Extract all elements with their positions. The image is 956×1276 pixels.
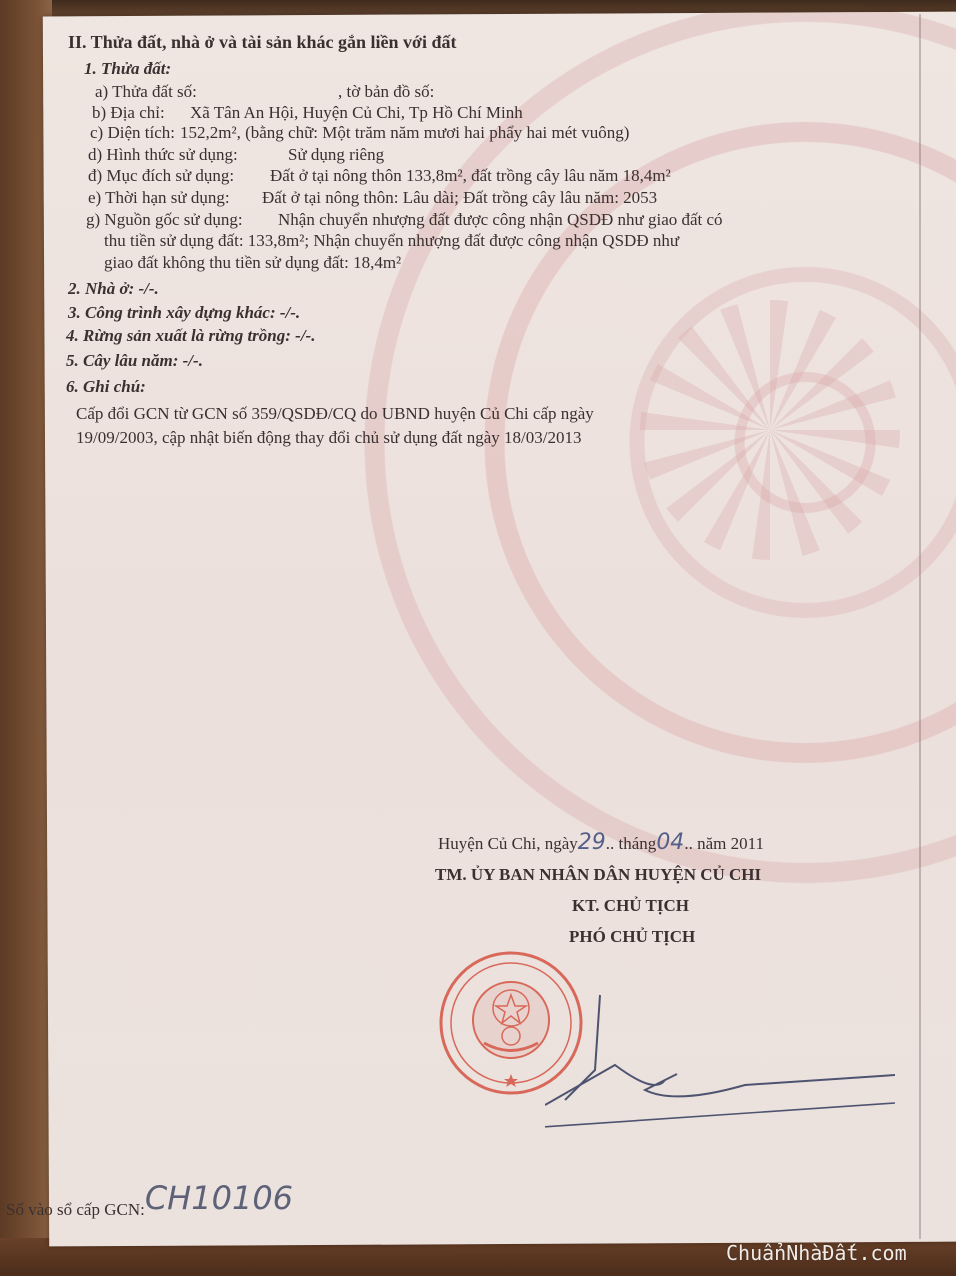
registry-value: CH10106: [145, 1179, 293, 1217]
signature-icon: [545, 985, 895, 1135]
notes-line-2: 19/09/2003, cập nhật biến động thay đổi …: [76, 429, 581, 446]
area-label: c) Diện tích:: [90, 124, 175, 141]
role-vice-chairman: PHÓ CHỦ TỊCH: [569, 928, 695, 945]
other-construction-item: 3. Công trình xây dựng khác: -/-.: [68, 304, 300, 321]
notes-heading: 6. Ghi chú:: [66, 378, 146, 395]
authority-title: TM. ỦY BAN NHÂN DÂN HUYỆN CỦ CHI: [435, 866, 761, 883]
role-chairman: KT. CHỦ TỊCH: [572, 897, 689, 914]
term-label: e) Thời hạn sử dụng:: [88, 189, 230, 206]
origin-line-2: thu tiền sử dụng đất: 133,8m²; Nhận chuy…: [104, 232, 679, 249]
origin-label: g) Nguồn gốc sử dụng:: [86, 211, 243, 228]
year-label: năm 2011: [697, 834, 764, 853]
month-label: tháng: [619, 834, 657, 853]
term-value: Đất ở tại nông thôn: Lâu dài; Đất trồng …: [262, 189, 657, 206]
address-value: Xã Tân An Hội, Huyện Củ Chi, Tp Hồ Chí M…: [190, 104, 523, 121]
bronze-drum-watermark: [640, 300, 900, 560]
page-fold-line: [919, 14, 921, 1239]
notes-line-1: Cấp đổi GCN từ GCN số 359/QSDĐ/CQ do UBN…: [76, 405, 594, 422]
land-heading: 1. Thửa đất:: [84, 60, 171, 77]
handwritten-day: 29: [578, 830, 606, 855]
registry-label: Số vào sổ cấp GCN:: [6, 1200, 145, 1219]
purpose-label: đ) Mục đích sử dụng:: [88, 167, 234, 184]
place-date-prefix: Huyện Củ Chi, ngày: [438, 834, 578, 853]
forest-item: 4. Rừng sản xuất là rừng trồng: -/-.: [66, 327, 315, 344]
registry-number: Số vào sổ cấp GCN:CH10106: [6, 1188, 293, 1220]
usage-form-value: Sử dụng riêng: [288, 146, 384, 163]
place-date: Huyện Củ Chi, ngày29.. tháng04.. năm 201…: [438, 832, 764, 854]
perennial-item: 5. Cây lâu năm: -/-.: [66, 352, 203, 369]
address-label: b) Địa chỉ:: [92, 104, 165, 121]
section-title: II. Thửa đất, nhà ở và tài sản khác gắn …: [68, 33, 457, 51]
origin-line-3: giao đất không thu tiền sử dụng đất: 18,…: [104, 254, 401, 271]
map-label: , tờ bản đồ số:: [338, 83, 434, 100]
purpose-value: Đất ở tại nông thôn 133,8m², đất trồng c…: [270, 167, 671, 184]
site-watermark: ChuẩnNhàĐất.com: [726, 1241, 907, 1265]
parcel-label: a) Thửa đất số:: [95, 83, 197, 100]
usage-form-label: d) Hình thức sử dụng:: [88, 146, 238, 163]
handwritten-month: 04: [656, 830, 684, 855]
origin-line-1: Nhận chuyển nhượng đất được công nhận QS…: [278, 211, 723, 228]
area-value: 152,2m², (bằng chữ: Một trăm năm mươi ha…: [180, 124, 629, 141]
house-item: 2. Nhà ở: -/-.: [68, 280, 159, 297]
